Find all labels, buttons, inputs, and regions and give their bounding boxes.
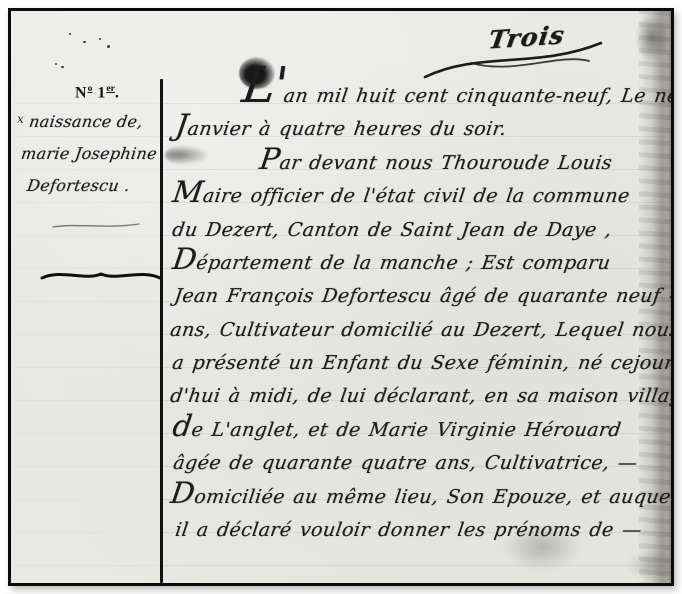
body-line: ans, Cultivateur domicilié au Dezert, Le… xyxy=(168,314,671,347)
act-number-period: . xyxy=(115,84,120,101)
margin-mark: x xyxy=(17,112,24,126)
gutter-corner-blotch xyxy=(635,13,669,63)
body-line: Département de la manche ; Est comparu xyxy=(170,247,613,280)
folio-underline-flourish-icon xyxy=(419,39,609,83)
body-line: de L'anglet, et de Marie Virginie Héroua… xyxy=(170,414,623,447)
margin-brace-flourish-icon xyxy=(39,269,163,283)
body-line: il a déclaré vouloir donner les prénoms … xyxy=(173,514,644,547)
act-number-num: 1 xyxy=(92,84,106,101)
body-line: Par devant nous Thouroude Louis xyxy=(257,147,614,180)
margin-dash-flourish-icon xyxy=(51,221,143,231)
body-line: Maire officier de l'état civil de la com… xyxy=(170,180,632,213)
body-line: Janvier à quatre heures du soir. xyxy=(173,113,509,146)
scan-frame: Trois No 1er. x naissance de, marie Jose… xyxy=(8,8,674,586)
body-line: du Dezert, Canton de Saint Jean de Daye … xyxy=(170,214,614,247)
margin-note-line: Defortescu . xyxy=(25,171,132,201)
margin-note-line: marie Josephine xyxy=(19,139,159,169)
register-page: Trois No 1er. x naissance de, marie Jose… xyxy=(11,11,671,583)
body-line: âgée de quarante quatre ans, Cultivatric… xyxy=(171,447,640,480)
body-line: Domiciliée au même lieu, Son Epouze, et … xyxy=(168,481,671,514)
act-number: No 1er. xyxy=(75,83,120,102)
body-line: a présenté un Enfant du Sexe féminin, né… xyxy=(170,347,671,380)
act-number-suffix-sup: er xyxy=(106,83,115,94)
body-line: d'hui à midi, de lui déclarant, en sa ma… xyxy=(168,380,671,413)
body-line: L'an mil huit cent cinquante-neuf, Le ne… xyxy=(239,80,671,113)
margin-column-rule xyxy=(160,79,163,583)
act-number-n: N xyxy=(75,84,88,101)
ink-smudge xyxy=(165,145,209,165)
screenshot-stage: Trois No 1er. x naissance de, marie Jose… xyxy=(0,0,682,594)
stain-corner xyxy=(627,551,671,579)
body-line: Jean François Defortescu âgé de quarante… xyxy=(172,280,671,313)
margin-note-line: naissance de, xyxy=(27,107,145,137)
